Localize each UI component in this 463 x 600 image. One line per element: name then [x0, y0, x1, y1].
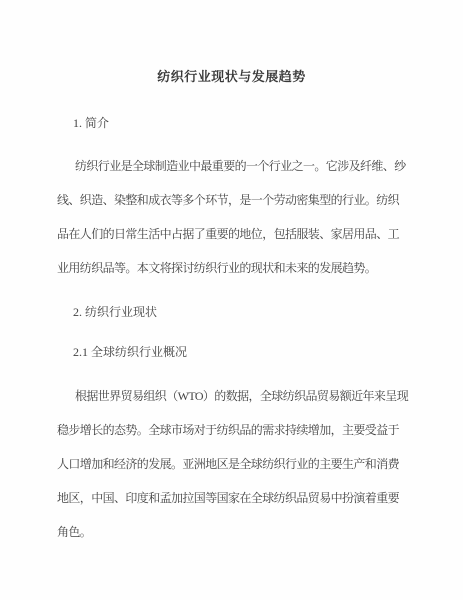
text-line: 人口增加和经济的发展。亚洲地区是全球纺织行业的主要生产和消费 — [57, 447, 427, 481]
section-heading-industry-status: 2. 纺织行业现状 — [73, 304, 157, 320]
paragraph-intro: 纺织行业是全球制造业中最重要的一个行业之一。它涉及纤维、纱 线、织造、染整和成衣… — [57, 149, 427, 285]
document-page: 纺织行业现状与发展趋势 1. 简介 纺织行业是全球制造业中最重要的一个行业之一。… — [0, 0, 463, 600]
document-title: 纺织行业现状与发展趋势 — [0, 68, 463, 85]
paragraph-global-overview: 根据世界贸易组织（WTO）的数据，全球纺织品贸易额近年来呈现 稳步增长的态势。全… — [57, 379, 427, 549]
text-line: 纺织行业是全球制造业中最重要的一个行业之一。它涉及纤维、纱 — [57, 149, 427, 183]
section-heading-global-overview: 2.1 全球纺织行业概况 — [73, 344, 187, 360]
text-line: 业用纺织品等。本文将探讨纺织行业的现状和未来的发展趋势。 — [57, 251, 427, 285]
text-line: 地区，中国、印度和孟加拉国等国家在全球纺织品贸易中扮演着重要 — [57, 481, 427, 515]
text-line: 品在人们的日常生活中占据了重要的地位，包括服装、家居用品、工 — [57, 217, 427, 251]
text-line: 线、织造、染整和成衣等多个环节，是一个劳动密集型的行业。纺织 — [57, 183, 427, 217]
text-line: 稳步增长的态势。全球市场对于纺织品的需求持续增加，主要受益于 — [57, 413, 427, 447]
text-line: 角色。 — [57, 515, 427, 549]
section-heading-intro: 1. 简介 — [73, 115, 109, 131]
text-line: 根据世界贸易组织（WTO）的数据，全球纺织品贸易额近年来呈现 — [57, 379, 427, 413]
